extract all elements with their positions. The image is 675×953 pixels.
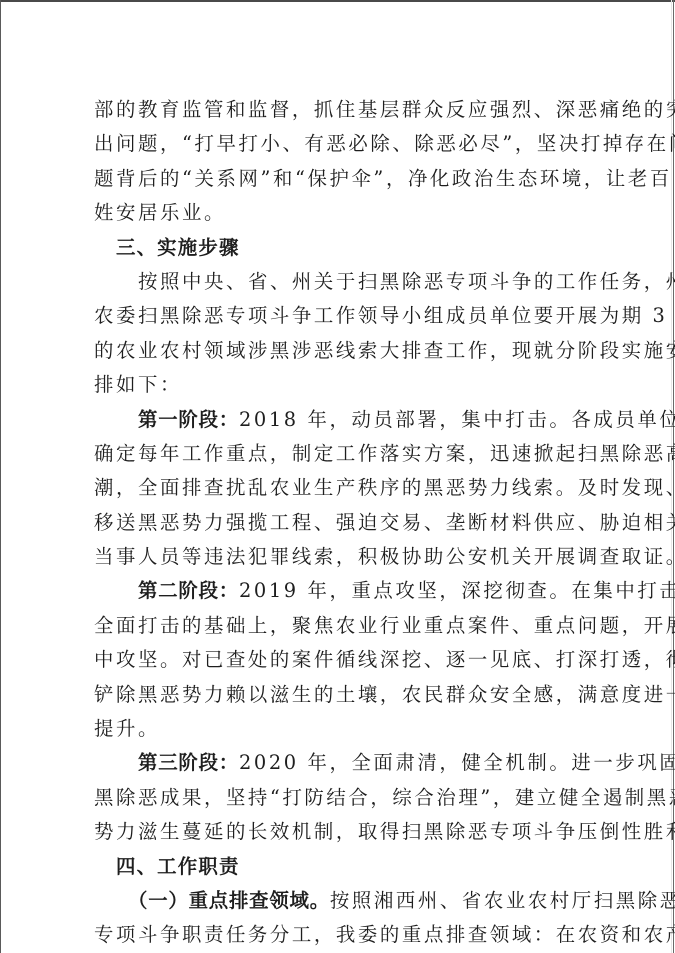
paragraph-line: 移送黑恶势力强揽工程、强迫交易、垄断材料供应、胁迫相关 — [94, 506, 584, 540]
paragraph-line: 中攻坚。对已查处的案件循线深挖、逐一见底、打深打透，彻底 — [94, 643, 584, 677]
stage-3-text: 2020 年，全面肃清，健全机制。进一步巩固扫 — [239, 751, 675, 774]
paragraph-line: 的农业农村领域涉黑涉恶线索大排查工作，现就分阶段实施安 — [94, 334, 584, 368]
stage-1-line: 第一阶段：2018 年，动员部署，集中打击。各成员单位要 — [94, 403, 584, 437]
paragraph-line: 黑除恶成果，坚持“打防结合，综合治理”，建立健全遏制黑恶 — [94, 781, 584, 815]
paragraph-line: 潮，全面排查扰乱农业生产秩序的黑恶势力线索。及时发现、 — [94, 471, 584, 505]
stage-1-label: 第一阶段： — [138, 408, 239, 431]
stage-3-line: 第三阶段：2020 年，全面肃清，健全机制。进一步巩固扫 — [94, 746, 584, 780]
stage-2-text: 2019 年，重点攻坚，深挖彻查。在集中打击、 — [239, 579, 675, 602]
page-left-border — [0, 0, 1, 953]
paragraph-line: 题背后的“关系网”和“保护伞”，净化政治生态环境，让老百 — [94, 162, 584, 196]
paragraph-line: 部的教育监管和监督，抓住基层群众反应强烈、深恶痛绝的突 — [94, 93, 584, 127]
stage-2-label: 第二阶段： — [138, 579, 239, 602]
paragraph-line: 当事人员等违法犯罪线索，积极协助公安机关开展调查取证。 — [94, 540, 584, 574]
section-heading-implementation-steps: 三、实施步骤 — [94, 231, 584, 265]
paragraph-line: 姓安居乐业。 — [94, 196, 584, 230]
document-page: 部的教育监管和监督，抓住基层群众反应强烈、深恶痛绝的突 出问题，“打早打小、有恶… — [94, 93, 584, 953]
paragraph-line: 按照中央、省、州关于扫黑除恶专项斗争的工作任务，州 — [94, 265, 584, 299]
paragraph-line: 全面打击的基础上，聚焦农业行业重点案件、重点问题，开展集 — [94, 609, 584, 643]
paragraph-line: 农委扫黑除恶专项斗争工作领导小组成员单位要开展为期 3 年 — [94, 299, 584, 333]
item-1-text: 按照湘西州、省农业农村厅扫黑除恶 — [330, 889, 675, 912]
stage-3-label: 第三阶段： — [138, 751, 239, 774]
stage-1-text: 2018 年，动员部署，集中打击。各成员单位要 — [239, 408, 675, 431]
paragraph-line: 出问题，“打早打小、有恶必除、除恶必尽”，坚决打掉存在问 — [94, 127, 584, 161]
paragraph-line: 提升。 — [94, 712, 584, 746]
paragraph-line: 专项斗争职责任务分工，我委的重点排查领域：在农资和农产 — [94, 918, 584, 952]
item-1-label: （一）重点排查领域。 — [128, 889, 330, 912]
page-top-border — [0, 0, 675, 2]
paragraph-line: 铲除黑恶势力赖以滋生的土壤，农民群众安全感，满意度进一步 — [94, 678, 584, 712]
paragraph-line: 排如下： — [94, 368, 584, 402]
paragraph-line: 势力滋生蔓延的长效机制，取得扫黑除恶专项斗争压倒性胜利。 — [94, 815, 584, 849]
item-1-line: （一）重点排查领域。按照湘西州、省农业农村厅扫黑除恶 — [94, 884, 584, 918]
paragraph-line: 确定每年工作重点，制定工作落实方案，迅速掀起扫黑除恶高 — [94, 437, 584, 471]
stage-2-line: 第二阶段：2019 年，重点攻坚，深挖彻查。在集中打击、 — [94, 574, 584, 608]
section-heading-work-responsibilities: 四、工作职责 — [94, 850, 584, 884]
